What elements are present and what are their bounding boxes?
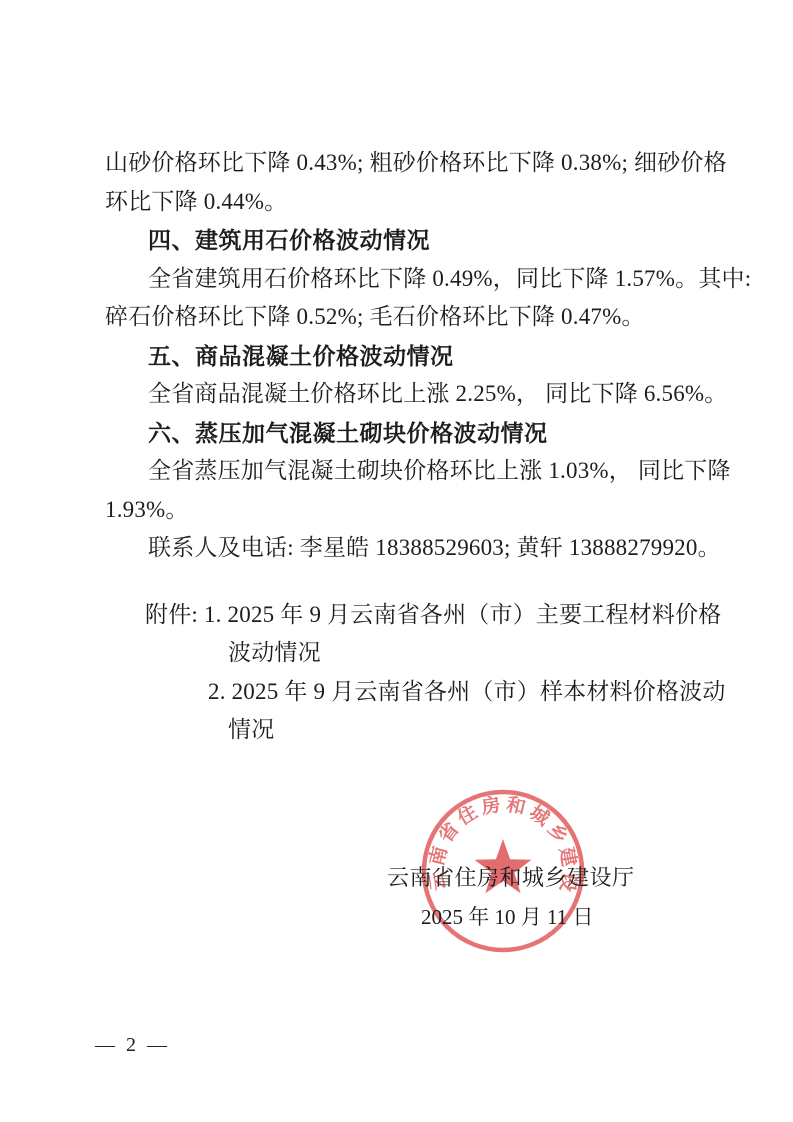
document-page: 山砂价格环比下降 0.43%; 粗砂价格环比下降 0.38%; 细砂价格 环比下… bbox=[0, 0, 793, 1122]
paragraph-line: 全省蒸压加气混凝土砌块价格环比上涨 1.03%， 同比下降 bbox=[105, 452, 715, 491]
attachment-line: 波动情况 bbox=[228, 634, 715, 672]
attachment-line: 情况 bbox=[228, 711, 715, 749]
section-heading-6: 六、蒸压加气混凝土砌块价格波动情况 bbox=[105, 414, 715, 453]
contact-line: 联系人及电话: 李星皓 18388529603; 黄轩 13888279920。 bbox=[105, 529, 715, 568]
paragraph-line: 全省商品混凝土价格环比上涨 2.25%， 同比下降 6.56%。 bbox=[105, 375, 715, 414]
attachment-line: 附件: 1. 2025 年 9 月云南省各州（市）主要工程材料价格 bbox=[145, 596, 715, 634]
paragraph-line: 环比下降 0.44%。 bbox=[105, 183, 715, 222]
attachment-list: 附件: 1. 2025 年 9 月云南省各州（市）主要工程材料价格 波动情况 2… bbox=[105, 596, 715, 749]
paragraph-line: 1.93%。 bbox=[105, 491, 715, 530]
attachment-line: 2. 2025 年 9 月云南省各州（市）样本材料价格波动 bbox=[208, 673, 715, 711]
signature-org: 云南省住房和城乡建设厅 bbox=[387, 861, 635, 892]
paragraph-line: 全省建筑用石价格环比下降 0.49%，同比下降 1.57%。其中: bbox=[105, 260, 715, 299]
paragraph-line: 山砂价格环比下降 0.43%; 粗砂价格环比下降 0.38%; 细砂价格 bbox=[105, 144, 715, 183]
document-body: 山砂价格环比下降 0.43%; 粗砂价格环比下降 0.38%; 细砂价格 环比下… bbox=[105, 144, 715, 568]
section-heading-5: 五、商品混凝土价格波动情况 bbox=[105, 337, 715, 376]
paragraph-line: 碎石价格环比下降 0.52%; 毛石价格环比下降 0.47%。 bbox=[105, 298, 715, 337]
page-number: — 2 — bbox=[95, 1034, 170, 1057]
section-heading-4: 四、建筑用石价格波动情况 bbox=[105, 221, 715, 260]
signature-date: 2025 年 10 月 11 日 bbox=[421, 901, 593, 931]
